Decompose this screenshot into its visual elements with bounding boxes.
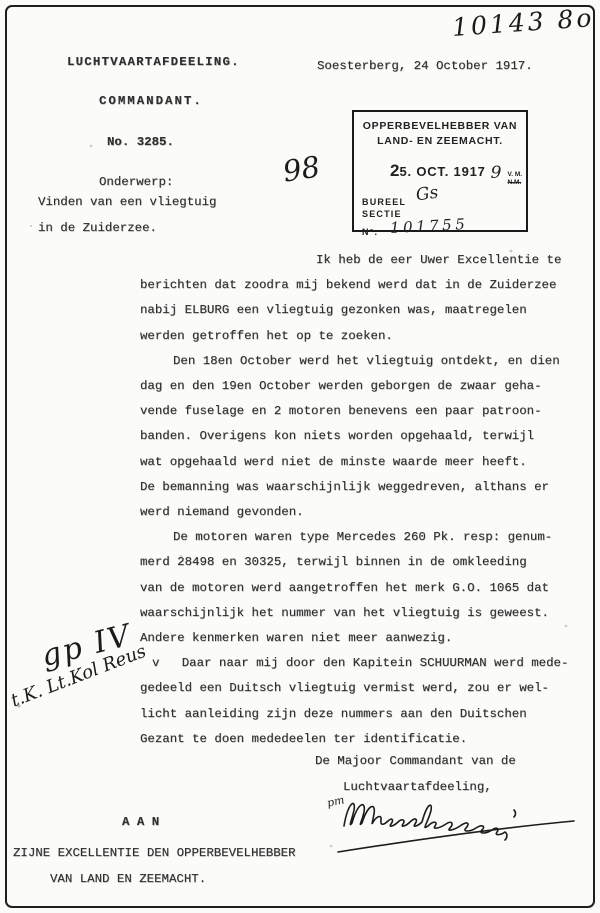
letterhead-role: COMMANDANT.: [99, 94, 203, 108]
body-line: Gezant te doen mededeelen ter identifica…: [140, 727, 570, 752]
stamp-number-row: N°. 101755: [362, 222, 378, 240]
body-line: banden. Overigens kon niets worden opgeh…: [140, 424, 570, 449]
stamp-no-label: N°.: [362, 227, 378, 237]
body-line: licht aanleiding zijn deze nummers aan d…: [140, 702, 570, 727]
stamp-date-big-digit: 2: [390, 161, 399, 181]
scanned-letter-page: 10143 8o Soesterberg, 24 October 1917. L…: [0, 0, 600, 913]
subject-label: Onderwerp:: [99, 175, 173, 189]
stamp-nm-struck: N.M.: [508, 179, 523, 187]
body-line: merd 28498 en 30325, terwijl binnen in d…: [140, 550, 570, 575]
address-line: VAN LAND EN ZEEMACHT.: [50, 872, 206, 886]
address-aan: A A N: [122, 815, 159, 829]
body-line: wat opgehaald werd niet de minste waarde…: [140, 450, 570, 475]
stamp-title-line: LAND- EN ZEEMACHT.: [354, 135, 526, 147]
paragraph-3: De motoren waren type Mercedes 260 Pk. r…: [140, 525, 570, 651]
dateline: Soesterberg, 24 October 1917.: [317, 59, 533, 73]
letterhead-organisation: LUCHTVAARTAFDEELING.: [67, 55, 240, 69]
stamp-date: 2 5. OCT. 1917 9 V. M. N.M.: [390, 161, 522, 186]
body-line: De bemanning was waarschijnlijk weggedre…: [140, 475, 570, 500]
body-line: nabij ELBURG een vliegtuig gezonken was,…: [140, 298, 570, 323]
handwritten-bureel-value: Gs: [415, 183, 440, 206]
letter-number: No. 3285.: [107, 135, 174, 149]
body-line: van de motoren werd aangetroffen het mer…: [140, 576, 570, 601]
body-line: waarschijnlijk het nummer van het vliegt…: [140, 601, 570, 626]
body-line: werd niemand gevonden.: [140, 500, 570, 525]
stamp-vm: V. M.: [508, 171, 523, 179]
address-line: ZIJNE EXCELLENTIE DEN OPPERBEVELHEBBER: [13, 846, 296, 860]
handwritten-number-98: 98: [281, 149, 323, 188]
closing-line: De Majoor Commandant van de: [315, 754, 516, 768]
body-line: berichten dat zoodra mij bekend werd dat…: [140, 273, 570, 298]
letter-body: Ik heb de eer Uwer Excellentie te berich…: [140, 248, 570, 752]
scan-specks: [30, 225, 32, 227]
signature-scrawl-icon: [318, 790, 598, 862]
stamp-bureel-row: BUREEL Gs: [362, 192, 406, 210]
paragraph-2: Den 18en October werd het vliegtuig ontd…: [140, 349, 570, 525]
body-line: Den 18en October werd het vliegtuig ontd…: [140, 349, 570, 374]
handwritten-stamp-number: 101755: [390, 215, 469, 237]
receipt-stamp-box: OPPERBEVELHEBBER VAN LAND- EN ZEEMACHT. …: [352, 110, 528, 232]
body-line: v Daar naar mij door den Kapitein SCHUUR…: [140, 651, 570, 676]
stamp-sectie-label: SECTIE: [362, 209, 402, 219]
body-line: gedeeld een Duitsch vliegtuig vermist we…: [140, 676, 570, 701]
stamp-bureel-label: BUREEL: [362, 197, 406, 207]
paragraph-1: Ik heb de eer Uwer Excellentie te berich…: [140, 248, 570, 349]
stamp-title-line: OPPERBEVELHEBBER VAN: [354, 120, 526, 132]
subject-line: Vinden van een vliegtuig: [38, 195, 216, 209]
body-line: dag en den 19en October werden geborgen …: [140, 374, 570, 399]
body-line: De motoren waren type Mercedes 260 Pk. r…: [140, 525, 570, 550]
body-line: Ik heb de eer Uwer Excellentie te: [140, 248, 570, 273]
handwritten-hour-digit: 9: [491, 163, 502, 183]
stamp-vm-nm: V. M. N.M.: [508, 171, 523, 186]
subject-line: in de Zuiderzee.: [38, 221, 157, 235]
body-line: vende fuselage en 2 motoren benevens een…: [140, 399, 570, 424]
stamp-date-rest: 5. OCT. 1917: [399, 164, 485, 179]
handwritten-registry-number: 10143 8o: [451, 3, 595, 42]
body-line: Andere kenmerken waren niet meer aanwezi…: [140, 626, 570, 651]
paragraph-4: v Daar naar mij door den Kapitein SCHUUR…: [140, 651, 570, 752]
body-line: werden getroffen het op te zoeken.: [140, 324, 570, 349]
